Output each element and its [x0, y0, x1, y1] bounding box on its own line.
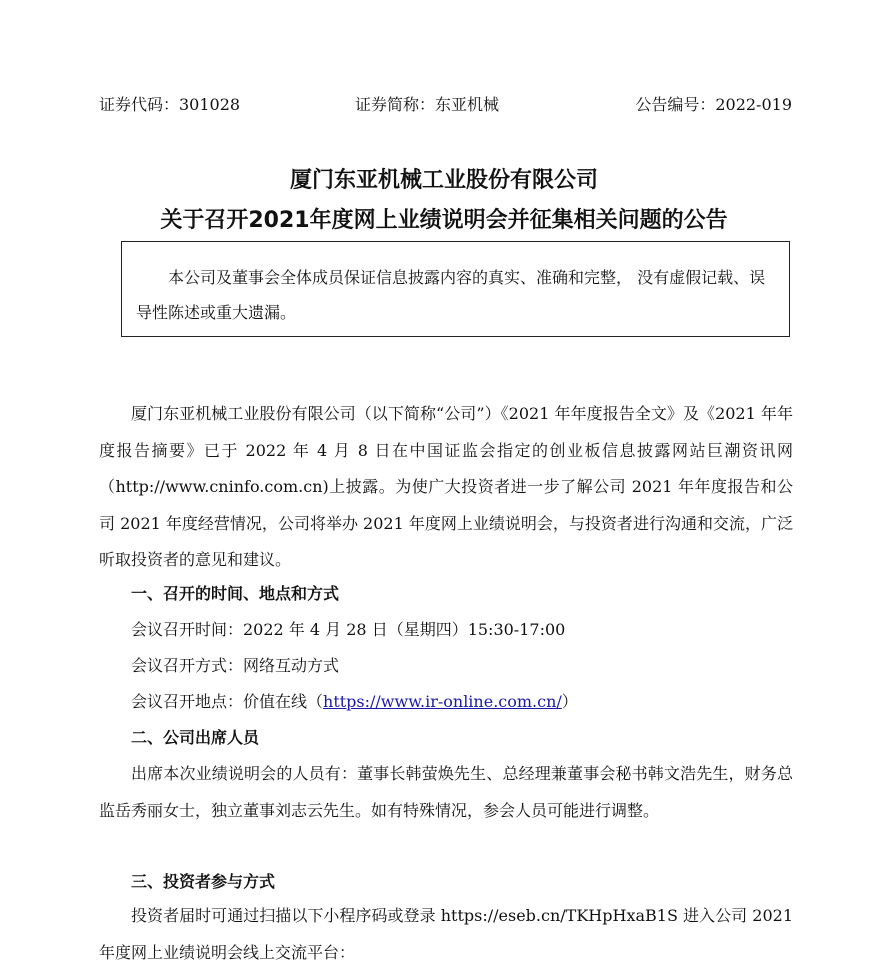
announcement-title: 关于召开2021年度网上业绩说明会并征集相关问题的公告 — [0, 204, 888, 238]
security-code: 证券代码：301028 — [99, 92, 240, 118]
ir-online-link[interactable]: https://www.ir-online.com.cn/ — [323, 692, 562, 711]
intro-paragraph: 厦门东亚机械工业股份有限公司（以下简称“公司”）《2021 年年度报告全文》及《… — [99, 396, 793, 579]
security-name: 证券简称：东亚机械 — [355, 92, 499, 118]
disclaimer-box: 本公司及董事会全体成员保证信息披露内容的真实、准确和完整， 没有虚假记载、误导性… — [121, 241, 790, 337]
meeting-location: 会议召开地点：价值在线（https://www.ir-online.com.cn… — [99, 684, 793, 721]
location-prefix: 会议召开地点：价值在线（ — [131, 692, 323, 711]
section1-heading: 一、召开的时间、地点和方式 — [99, 576, 793, 613]
location-suffix: ） — [562, 692, 578, 711]
section2-heading: 二、公司出席人员 — [99, 720, 793, 757]
attendees-paragraph: 出席本次业绩说明会的人员有：董事长韩萤焕先生、总经理兼董事会秘书韩文浩先生，财务… — [99, 756, 793, 829]
company-title: 厦门东亚机械工业股份有限公司 — [0, 166, 888, 196]
meeting-method: 会议召开方式：网络互动方式 — [99, 648, 793, 685]
document-header: 证券代码：301028 证券简称：东亚机械 公告编号：2022-019 — [99, 92, 792, 118]
announcement-number: 公告编号：2022-019 — [635, 92, 792, 118]
section3-heading: 三、投资者参与方式 — [99, 864, 793, 901]
disclaimer-text: 本公司及董事会全体成员保证信息披露内容的真实、准确和完整， 没有虚假记载、误导性… — [136, 260, 775, 330]
participation-paragraph: 投资者届时可通过扫描以下小程序码或登录 https://eseb.cn/TKHp… — [99, 898, 793, 971]
meeting-time: 会议召开时间：2022 年 4 月 28 日（星期四）15:30-17:00 — [99, 612, 793, 649]
